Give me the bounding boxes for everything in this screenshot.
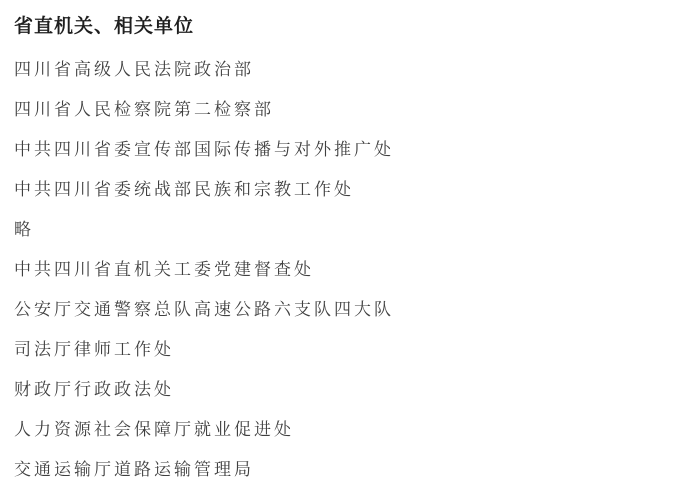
list-item: 中共四川省直机关工委党建督查处 (14, 247, 660, 287)
list-item: 中共四川省委统战部民族和宗教工作处 (14, 167, 660, 207)
unit-list: 四川省高级人民法院政治部 四川省人民检察院第二检察部 中共四川省委宣传部国际传播… (14, 47, 660, 487)
list-item: 四川省人民检察院第二检察部 (14, 87, 660, 127)
list-item: 中共四川省委宣传部国际传播与对外推广处 (14, 127, 660, 167)
list-item: 公安厅交通警察总队高速公路六支队四大队 (14, 287, 660, 327)
document-page: 省直机关、相关单位 四川省高级人民法院政治部 四川省人民检察院第二检察部 中共四… (0, 0, 680, 487)
list-item: 司法厅律师工作处 (14, 327, 660, 367)
list-item: 略 (14, 207, 660, 247)
list-item: 四川省高级人民法院政治部 (14, 47, 660, 87)
section-heading: 省直机关、相关单位 (14, 15, 660, 38)
list-item: 财政厅行政政法处 (14, 367, 660, 407)
list-item: 人力资源社会保障厅就业促进处 (14, 407, 660, 447)
list-item: 交通运输厅道路运输管理局 (14, 447, 660, 487)
